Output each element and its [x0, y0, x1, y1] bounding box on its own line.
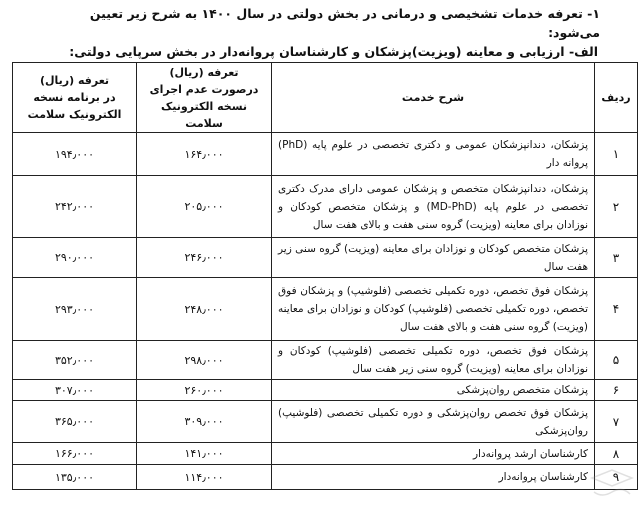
table-row: ۷ پزشکان فوق تخصص روان‌پزشکی و دوره تکمی…: [13, 401, 638, 443]
tariff-with-ehr: ۱۹۴٫۰۰۰: [13, 133, 137, 176]
watermark-logo-icon: [588, 466, 636, 500]
header-description: شرح خدمت: [272, 63, 595, 133]
tariff-without-ehr: ۱۱۴٫۰۰۰: [137, 465, 272, 490]
row-number: ۵: [595, 341, 638, 380]
table-row: ۸ کارشناسان ارشد پروانه‌دار ۱۴۱٫۰۰۰ ۱۶۶٫…: [13, 443, 638, 465]
tariff-with-ehr: ۳۶۵٫۰۰۰: [13, 401, 137, 443]
table-row: ۴ پزشکان فوق تخصص، دوره تکمیلی تخصصی (فل…: [13, 278, 638, 341]
row-number: ۷: [595, 401, 638, 443]
service-description: پزشکان فوق تخصص روان‌پزشکی و دوره تکمیلی…: [272, 401, 595, 443]
tariff-with-ehr: ۳۰۷٫۰۰۰: [13, 380, 137, 401]
tariff-with-ehr: ۲۴۲٫۰۰۰: [13, 176, 137, 238]
heading-line-2: الف- ارزیابی و معاینه (ویزیت)پزشکان و کا…: [40, 42, 600, 61]
table-row: ۱ پزشکان، دندانپزشکان عمومی و دکتری تخصص…: [13, 133, 638, 176]
header-tariff-without-ehr: تعرفه (ریال) درصورت عدم اجرای نسخه الکتر…: [137, 63, 272, 133]
row-number: ۱: [595, 133, 638, 176]
service-description: پزشکان، دندانپزشکان عمومی و دکتری تخصصی …: [272, 133, 595, 176]
tariff-without-ehr: ۲۴۶٫۰۰۰: [137, 238, 272, 278]
service-description: پزشکان فوق تخصص، دوره تکمیلی تخصصی (فلوش…: [272, 341, 595, 380]
table-row: ۳ پزشکان متخصص کودکان و نوزادان برای معا…: [13, 238, 638, 278]
header-row-no: ردیف: [595, 63, 638, 133]
tariff-with-ehr: ۲۹۳٫۰۰۰: [13, 278, 137, 341]
table-row: ۵ پزشکان فوق تخصص، دوره تکمیلی تخصصی (فل…: [13, 341, 638, 380]
tariff-table: ردیف شرح خدمت تعرفه (ریال) درصورت عدم اج…: [12, 62, 638, 490]
table-row: ۹ کارشناسان پروانه‌دار ۱۱۴٫۰۰۰ ۱۳۵٫۰۰۰: [13, 465, 638, 490]
document-heading: ۱- تعرفه خدمات تشخیصی و درمانی در بخش دو…: [40, 4, 600, 61]
table-row: ۲ پزشکان، دندانپزشکان متخصص و پزشکان عمو…: [13, 176, 638, 238]
tariff-without-ehr: ۱۴۱٫۰۰۰: [137, 443, 272, 465]
service-description: پزشکان متخصص کودکان و نوزادان برای معاین…: [272, 238, 595, 278]
tariff-without-ehr: ۲۹۸٫۰۰۰: [137, 341, 272, 380]
table-header-row: ردیف شرح خدمت تعرفه (ریال) درصورت عدم اج…: [13, 63, 638, 133]
tariff-without-ehr: ۲۶۰٫۰۰۰: [137, 380, 272, 401]
service-description: پزشکان فوق تخصص، دوره تکمیلی تخصصی (فلوش…: [272, 278, 595, 341]
table-row: ۶ پزشکان متخصص روان‌پزشکی ۲۶۰٫۰۰۰ ۳۰۷٫۰۰…: [13, 380, 638, 401]
tariff-without-ehr: ۲۴۸٫۰۰۰: [137, 278, 272, 341]
tariff-with-ehr: ۱۶۶٫۰۰۰: [13, 443, 137, 465]
service-description: کارشناسان پروانه‌دار: [272, 465, 595, 490]
service-description: کارشناسان ارشد پروانه‌دار: [272, 443, 595, 465]
tariff-without-ehr: ۲۰۵٫۰۰۰: [137, 176, 272, 238]
row-number: ۲: [595, 176, 638, 238]
tariff-with-ehr: ۲۹۰٫۰۰۰: [13, 238, 137, 278]
tariff-with-ehr: ۳۵۲٫۰۰۰: [13, 341, 137, 380]
row-number: ۸: [595, 443, 638, 465]
header-tariff-with-ehr: تعرفه (ریال) در برنامه نسخه الکترونیک سل…: [13, 63, 137, 133]
tariff-without-ehr: ۳۰۹٫۰۰۰: [137, 401, 272, 443]
tariff-without-ehr: ۱۶۴٫۰۰۰: [137, 133, 272, 176]
row-number: ۴: [595, 278, 638, 341]
row-number: ۶: [595, 380, 638, 401]
service-description: پزشکان، دندانپزشکان متخصص و پزشکان عمومی…: [272, 176, 595, 238]
service-description: پزشکان متخصص روان‌پزشکی: [272, 380, 595, 401]
heading-line-1: ۱- تعرفه خدمات تشخیصی و درمانی در بخش دو…: [40, 4, 600, 42]
tariff-with-ehr: ۱۳۵٫۰۰۰: [13, 465, 137, 490]
row-number: ۳: [595, 238, 638, 278]
